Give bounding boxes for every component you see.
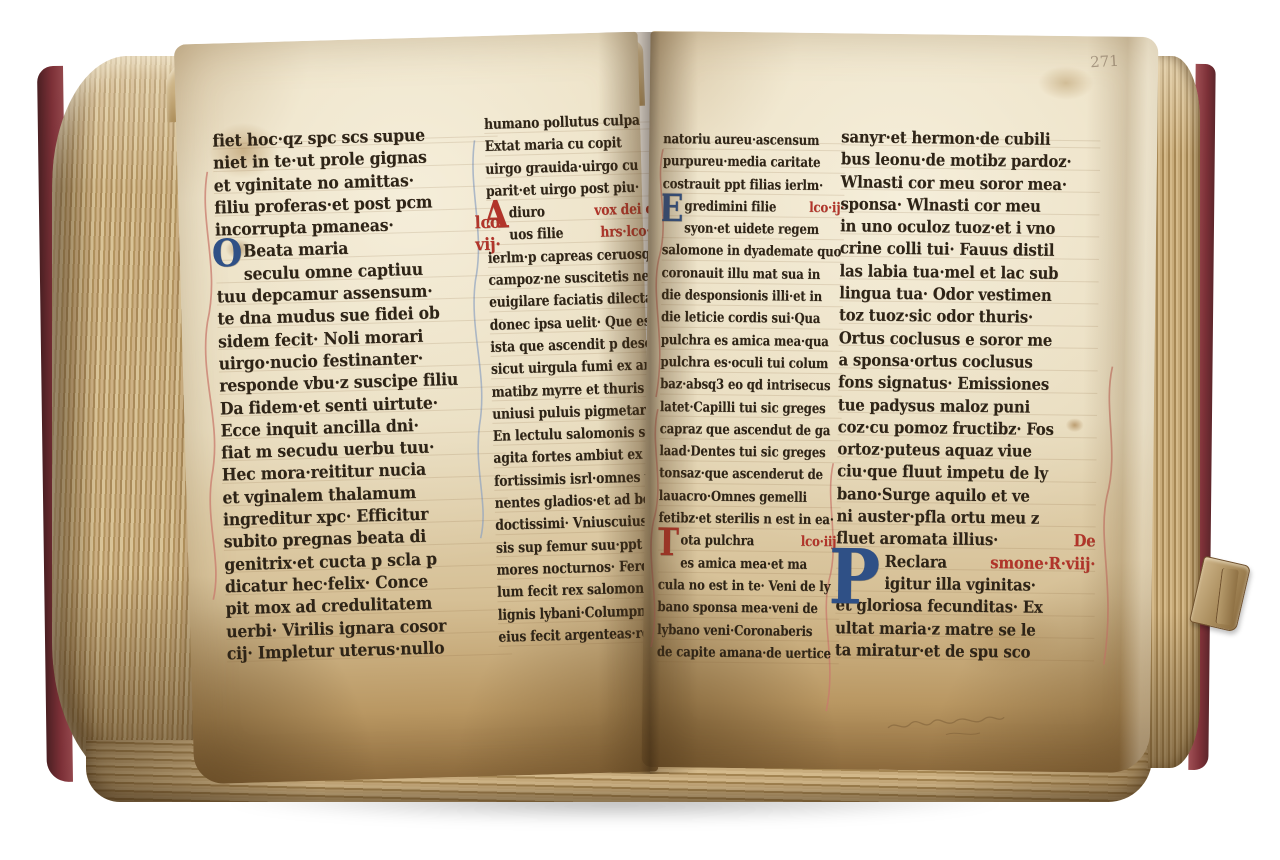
text-line: a sponsa·ortus coclusus <box>838 350 1097 375</box>
text-line: fetibz·et sterilis n est in ea· <box>658 510 840 535</box>
text-line: coz·cu pomoz fructibz· Fos <box>838 417 1097 442</box>
body-text: dicatur hec·felix· Conce <box>225 572 429 598</box>
text-line: sponsa· Wlnasti cor meu <box>840 194 1099 219</box>
body-text: diuro <box>508 204 545 222</box>
body-text: lauacro·Omnes gemelli <box>659 488 807 506</box>
text-line: ni auster·pfla ortu meu z <box>836 506 1095 531</box>
body-text: parit·et uirgo post piu· <box>486 179 640 200</box>
body-text: fiet hoc·qz spc scs supue <box>212 126 425 152</box>
body-text: lingua tua· Odor vestimen <box>839 283 1052 305</box>
stain <box>1038 66 1094 101</box>
body-text: Ecce inquit ancilla dni· <box>220 416 419 442</box>
body-text: ciu·que fluut impetu de ly <box>837 462 1048 484</box>
body-text: pulchra es amica mea·qua <box>661 332 829 350</box>
body-text: a sponsa·ortus coclusus <box>838 350 1032 371</box>
body-text: ierlm·p capreas ceruosq3 <box>488 245 659 267</box>
body-text: agita fortes ambiut ex <box>493 446 642 467</box>
body-text: tue padysus maloz puni <box>838 395 1030 416</box>
text-column-left-gutter: humano pollutus culpaExtat maria cu copi… <box>484 111 671 658</box>
body-text: uirgo·nucio festinanter· <box>218 349 423 375</box>
body-text: nentes gladios·et ad bella <box>494 490 667 512</box>
body-text: gredimini filie <box>684 198 776 215</box>
text-line: lybano veni·Coronaberis <box>657 622 839 647</box>
pen-flourish <box>1095 366 1125 666</box>
body-text: ista que ascendit p deser <box>490 334 659 356</box>
body-text: pulchra es·oculi tui colum <box>660 354 828 372</box>
body-text: bano·Surge aquilo et ve <box>837 484 1030 505</box>
body-text: latet·Capilli tui sic greges <box>660 399 826 417</box>
text-line: es amica mea·et ma <box>658 555 840 580</box>
left-page: fiet hoc·qz spc scs supueniet in te·ut p… <box>174 32 658 785</box>
text-line: laad·Dentes tui sic greges <box>659 443 841 468</box>
text-line: die leticie cordis sui·Qua <box>661 309 843 334</box>
body-text: uos filie <box>509 225 564 244</box>
text-line: salomone in dyademate quo <box>662 243 844 268</box>
body-text: die desponsionis illi·et in <box>661 287 822 305</box>
body-text: ota pulchra <box>680 533 754 550</box>
body-text: lybano veni·Coronaberis <box>657 622 812 640</box>
text-line: latet·Capilli tui sic greges <box>660 399 842 424</box>
body-text: humano pollutus culpa <box>484 112 640 133</box>
body-text: Beata maria <box>243 239 349 262</box>
body-text: tonsaz·que ascenderut de <box>659 466 823 484</box>
body-text: Ortus coclusus e soror me <box>839 328 1053 350</box>
body-text: eius fecit argenteas·recli <box>498 624 666 646</box>
body-text: matibz myrre et thuris z <box>491 379 655 401</box>
body-text: uniusi puluis pigmetarij <box>492 401 655 423</box>
text-line: in uno oculoz tuoz·et i vno <box>840 216 1099 241</box>
text-line: cula no est in te· Veni de ly <box>658 577 840 602</box>
text-line: gredimini filielco·ij· <box>662 198 844 223</box>
body-text: purpureu·media caritate <box>663 153 821 171</box>
body-text: las labia tua·mel et lac sub <box>839 261 1058 283</box>
body-text: syon·et uidete regem <box>684 221 819 239</box>
body-text: et vginalem thalamum <box>222 483 416 508</box>
body-text: En lectulu salomonis se <box>493 424 654 445</box>
body-text: coz·cu pomoz fructibz· Fos <box>838 417 1054 439</box>
text-line: pulchra es·oculi tui colum <box>660 354 842 379</box>
decorated-initial-P: P <box>828 545 880 610</box>
body-text: es amica mea·et ma <box>680 555 807 573</box>
body-text: laad·Dentes tui sic greges <box>659 443 825 461</box>
body-text: fetibz·et sterilis n est in ea· <box>658 510 833 528</box>
text-line: Ortus coclusus e soror me <box>839 328 1098 353</box>
text-line: purpureu·media caritate <box>663 153 845 178</box>
body-text: mores nocturnos· Fercu <box>496 557 657 578</box>
text-line: ortoz·puteus aquaz viue <box>837 439 1096 464</box>
rubric-text: lco·ij· <box>804 200 844 216</box>
text-line: las labia tua·mel et lac sub <box>839 261 1098 286</box>
text-line: die desponsionis illi·et in <box>661 287 843 312</box>
body-text: cula no est in te· Veni de ly <box>658 577 831 595</box>
body-text: et vginitate no amittas· <box>213 171 414 197</box>
body-text: toz tuoz·sic odor thuris· <box>839 306 1033 327</box>
body-text: capraz que ascendut de ga <box>660 421 831 439</box>
text-line: bano·Surge aquilo et ve <box>837 484 1096 509</box>
rubric-text: smone·R·viij· <box>985 553 1096 573</box>
body-text: in uno oculoz tuoz·et i vno <box>840 216 1055 238</box>
body-text: donec ipsa uelit· Que est <box>489 312 656 334</box>
body-text: salomone in dyademate quo <box>662 243 842 261</box>
text-line: natoriu aureu·ascensum <box>663 131 845 156</box>
body-text: sponsa· Wlnasti cor meu <box>840 194 1041 215</box>
body-text: lum fecit rex salomon de <box>497 579 664 601</box>
body-text: fons signatus· Emissiones <box>838 373 1049 395</box>
body-text: coronauit illu mat sua in <box>661 265 820 283</box>
text-line: tue padysus maloz puni <box>838 395 1097 420</box>
text-column-left-outer: fiet hoc·qz spc scs supueniet in te·ut p… <box>212 124 512 672</box>
body-text: sis sup femur suu·ppt ti <box>496 535 657 556</box>
body-text: doctissimi· Vniuscuiusq3 <box>495 512 664 534</box>
body-text: costrauit ppt filias ierlm· <box>663 176 823 194</box>
body-text: euigilare faciatis dilecta <box>489 290 653 312</box>
body-text: bano sponsa mea·veni de <box>657 599 818 617</box>
text-line: capraz que ascendut de ga <box>659 421 841 446</box>
text-line: Wlnasti cor meu soror mea· <box>841 172 1100 197</box>
body-text: Reclara <box>885 551 948 571</box>
text-line: bus leonu·de motibz pardoz· <box>841 150 1100 175</box>
body-text: crine colli tui· Fauus distil <box>840 239 1055 261</box>
body-text: campoz·ne suscitetis neq3 <box>488 267 666 289</box>
text-line: tonsaz·que ascenderut de <box>659 466 841 491</box>
text-line: pulchra es amica mea·qua <box>661 332 843 357</box>
body-text: de capite amana·de uertice <box>657 644 831 662</box>
text-line: syon·et uidete regem <box>662 220 844 245</box>
body-text: seculu omne captiuu <box>244 260 424 285</box>
text-line: lingua tua· Odor vestimen <box>839 283 1098 308</box>
body-text: uirgo grauida·uirgo cu <box>485 156 638 177</box>
decorated-initial-E: E <box>659 192 684 225</box>
body-text: lignis lybani·Columpnas <box>498 602 661 624</box>
text-line: ta miratur·et de spu sco <box>835 640 1094 665</box>
marginal-doodle <box>886 702 1006 743</box>
text-column-right-gutter: natoriu aureu·ascensumpurpureu·media car… <box>657 131 846 675</box>
text-line: ota pulchralco·iij· <box>658 532 840 557</box>
body-text: sanyr·et hermon·de cubili <box>841 127 1050 149</box>
body-text: Hec mora·reititur nucia <box>222 460 427 486</box>
text-line: lauacro·Omnes gemelli <box>659 488 841 513</box>
text-line: de capite amana·de uertice <box>657 644 839 669</box>
body-text: die leticie cordis sui·Qua <box>661 309 820 327</box>
text-line: bano sponsa mea·veni de <box>657 599 839 624</box>
body-text: Extat maria cu copit <box>484 134 621 155</box>
text-line: toz tuoz·sic odor thuris· <box>839 306 1098 331</box>
text-line: ciu·que fluut impetu de ly <box>837 462 1096 487</box>
text-line: crine colli tui· Fauus distil <box>840 239 1099 264</box>
body-text: ortoz·puteus aquaz viue <box>837 439 1032 460</box>
text-line: ultat maria·z matre se le <box>835 618 1094 643</box>
decorated-initial-T: T <box>657 526 679 559</box>
body-text: sidem fecit· Noli morari <box>218 326 424 352</box>
decorated-initial-A: A <box>484 199 509 232</box>
text-line: fons signatus· Emissiones <box>838 373 1097 398</box>
text-line: coronauit illu mat sua in <box>661 265 843 290</box>
text-line: costrauit ppt filias ierlm· <box>662 176 844 201</box>
text-column-right-outer: sanyr·et hermon·de cubilibus leonu·de mo… <box>835 127 1101 672</box>
folio-number: 271 <box>1090 52 1120 72</box>
rubric-text: De <box>1068 531 1096 550</box>
body-text: baz·absq3 eo qd intrisecus <box>660 376 830 394</box>
body-text: igitur illa vginitas· <box>884 574 1036 595</box>
body-text: subito pregnas beata di <box>223 527 426 553</box>
body-text: ingreditur xpc· Efficitur <box>223 505 429 531</box>
text-line: baz·absq3 eo qd intrisecus <box>660 376 842 401</box>
body-text: bus leonu·de motibz pardoz· <box>841 150 1072 172</box>
text-line: sanyr·et hermon·de cubili <box>841 127 1100 152</box>
right-page: 271 natoriu aureu·ascensumpurpureu·media… <box>642 31 1159 773</box>
body-text: Wlnasti cor meu soror mea· <box>841 172 1067 194</box>
body-text: ta miratur·et de spu sco <box>835 640 1031 661</box>
body-text: sicut uirgula fumi ex aro <box>491 356 658 378</box>
body-text: ni auster·pfla ortu meu z <box>836 506 1039 527</box>
body-text: natoriu aureu·ascensum <box>663 131 819 149</box>
decorated-initial-O: O <box>211 236 242 269</box>
body-text: fortissimis isrl·omnes te <box>494 468 658 490</box>
photo-background: fiet hoc·qz spc scs supueniet in te·ut p… <box>0 0 1280 860</box>
